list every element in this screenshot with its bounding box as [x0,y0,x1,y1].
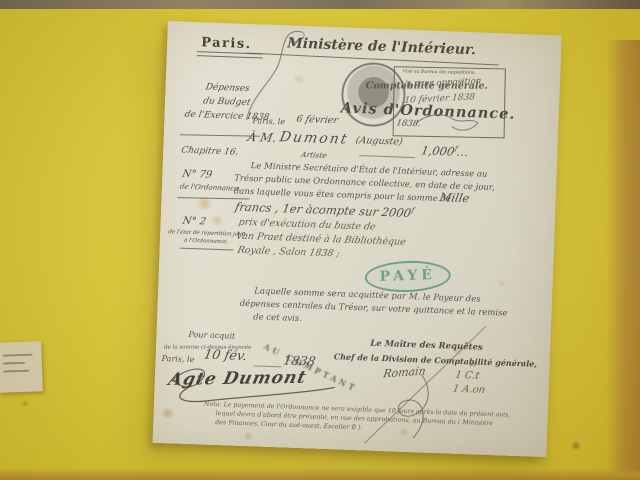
stain [496,279,506,287]
stain [243,432,254,440]
photograph: Paris. Dépenses du Budget de l'Exercice … [0,0,640,480]
label-text-line [3,370,29,373]
paye-stamp: PAYÉ [364,260,451,294]
wall-label [0,341,43,393]
margin-repartition-sub1: de l'état de répartition joint [168,229,247,238]
amount-dots: … [456,145,470,159]
margin-ordinance-sub: de l'Ordonnance. [179,183,241,193]
addressee-name: Dumont [278,129,350,147]
date-place-printed: Paris, le [252,116,285,126]
acquit-label: Pour acquit [188,330,235,341]
background-spot [570,441,582,450]
amount-leader-line [359,155,415,158]
margin-rule [180,248,234,251]
margin-repartition-sub2: à l'Ordonnance. [183,238,228,246]
background-shadow-band [606,40,640,480]
addressee-to: À M. [246,130,277,145]
label-text-line [3,362,25,365]
visa-box-printed: Visé au Bureau des oppositions. [403,69,476,75]
document-paper: Paris. Dépenses du Budget de l'Exercice … [153,21,562,457]
addressee-name-paren: (Auguste) [355,135,404,148]
addressee-profession: Artiste [300,150,327,160]
body-line4-sup: f [411,206,415,214]
photo-top-edge [0,0,640,9]
date-year: 1838. [395,118,421,129]
stain [211,215,224,226]
official-mark-2: 1 C.t [454,370,480,382]
body-line7-hand: Royale , Salon 1838 ; [237,245,341,260]
background-bottom-band [0,468,640,480]
margin-repartition-no: N° 2 [182,216,207,228]
settlement-line3: de cet avis. [253,312,302,324]
label-text-line [3,354,33,357]
date-handwritten: 6 février [295,114,338,126]
amount-value: 1,000f… [420,143,470,159]
body-line3-hand: Mille [438,190,470,205]
margin-ordinance-no: N° 79 [181,169,213,181]
visa-hand-line1: Vu sans opposition [400,76,482,90]
official-title2: Chef de la Division de Comptabilité géné… [334,351,538,368]
margin-chapter: Chapitre 16. [180,146,239,158]
official-mark-1: et [469,360,477,368]
body-line5-hand: prix d'exécution du buste de [238,217,377,233]
official-mark-3: 1 A.on [452,384,487,396]
amount-number: 1,000 [420,143,456,158]
visa-signature-flourish [412,108,482,135]
background-spot [20,400,30,407]
stain [159,407,175,420]
visa-hand-line2: 10 février 1838 [404,92,476,106]
